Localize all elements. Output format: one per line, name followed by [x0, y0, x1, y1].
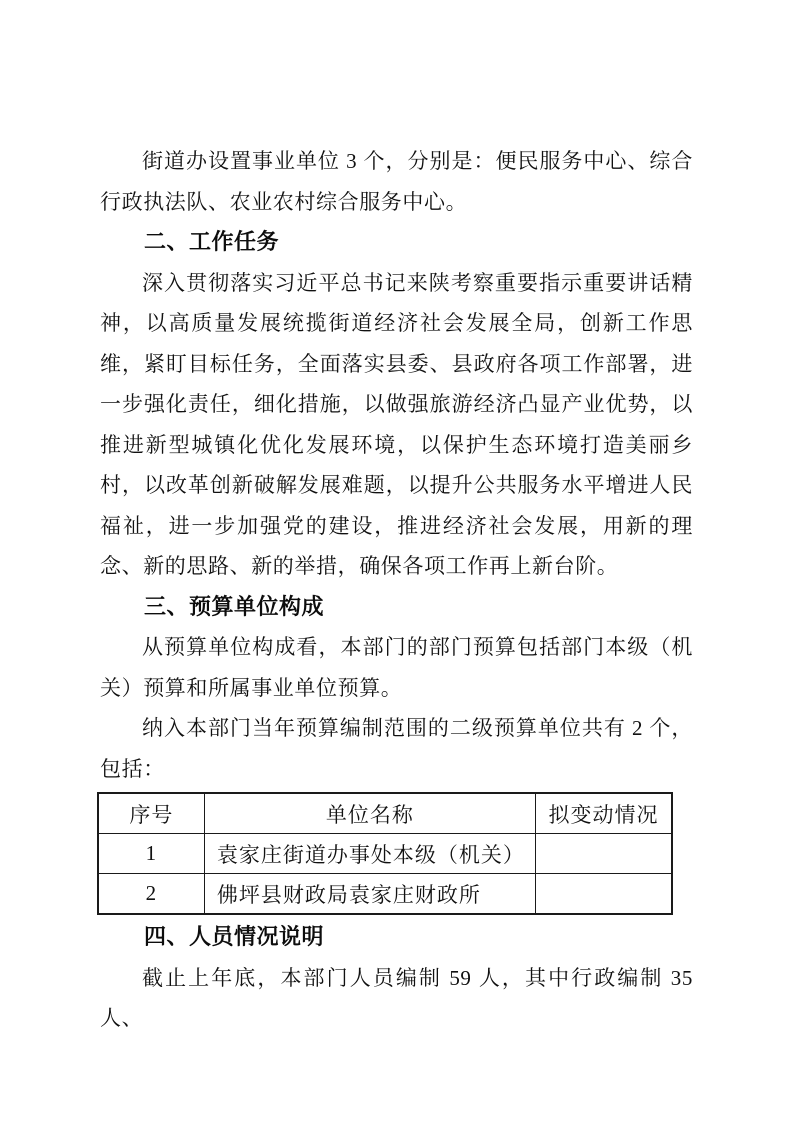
paragraph-budget-composition: 从预算单位构成看，本部门的部门预算包括部门本级（机关）预算和所属事业单位预算。: [100, 627, 693, 708]
column-header-serial-number: 序号: [98, 793, 204, 834]
column-header-proposed-changes: 拟变动情况: [536, 793, 673, 834]
column-header-unit-name: 单位名称: [204, 793, 535, 834]
cell-proposed-changes: [536, 874, 673, 915]
paragraph-personnel: 截止上年底，本部门人员编制 59 人，其中行政编制 35 人、: [100, 958, 693, 1039]
table-row: 2 佛坪县财政局袁家庄财政所: [98, 874, 672, 915]
paragraph-institutions: 街道办设置事业单位 3 个，分别是：便民服务中心、综合行政执法队、农业农村综合服…: [100, 141, 693, 222]
budget-units-table: 序号 单位名称 拟变动情况 1 袁家庄街道办事处本级（机关） 2 佛坪县财政局袁…: [97, 792, 673, 915]
cell-serial-number: 2: [98, 874, 204, 915]
table-row: 1 袁家庄街道办事处本级（机关）: [98, 834, 672, 874]
cell-unit-name: 佛坪县财政局袁家庄财政所: [204, 874, 535, 915]
section-heading-budget-unit-composition: 三、预算单位构成: [100, 587, 693, 628]
cell-proposed-changes: [536, 834, 673, 874]
document-page: 街道办设置事业单位 3 个，分别是：便民服务中心、综合行政执法队、农业农村综合服…: [0, 0, 792, 1121]
section-heading-personnel-situation: 四、人员情况说明: [100, 917, 693, 958]
paragraph-secondary-units-intro: 纳入本部门当年预算编制范围的二级预算单位共有 2 个，包括：: [100, 708, 693, 789]
cell-unit-name: 袁家庄街道办事处本级（机关）: [204, 834, 535, 874]
table-header-row: 序号 单位名称 拟变动情况: [98, 793, 672, 834]
cell-serial-number: 1: [98, 834, 204, 874]
paragraph-work-tasks: 深入贯彻落实习近平总书记来陕考察重要指示重要讲话精神，以高质量发展统揽街道经济社…: [100, 263, 693, 587]
section-heading-work-tasks: 二、工作任务: [100, 222, 693, 263]
